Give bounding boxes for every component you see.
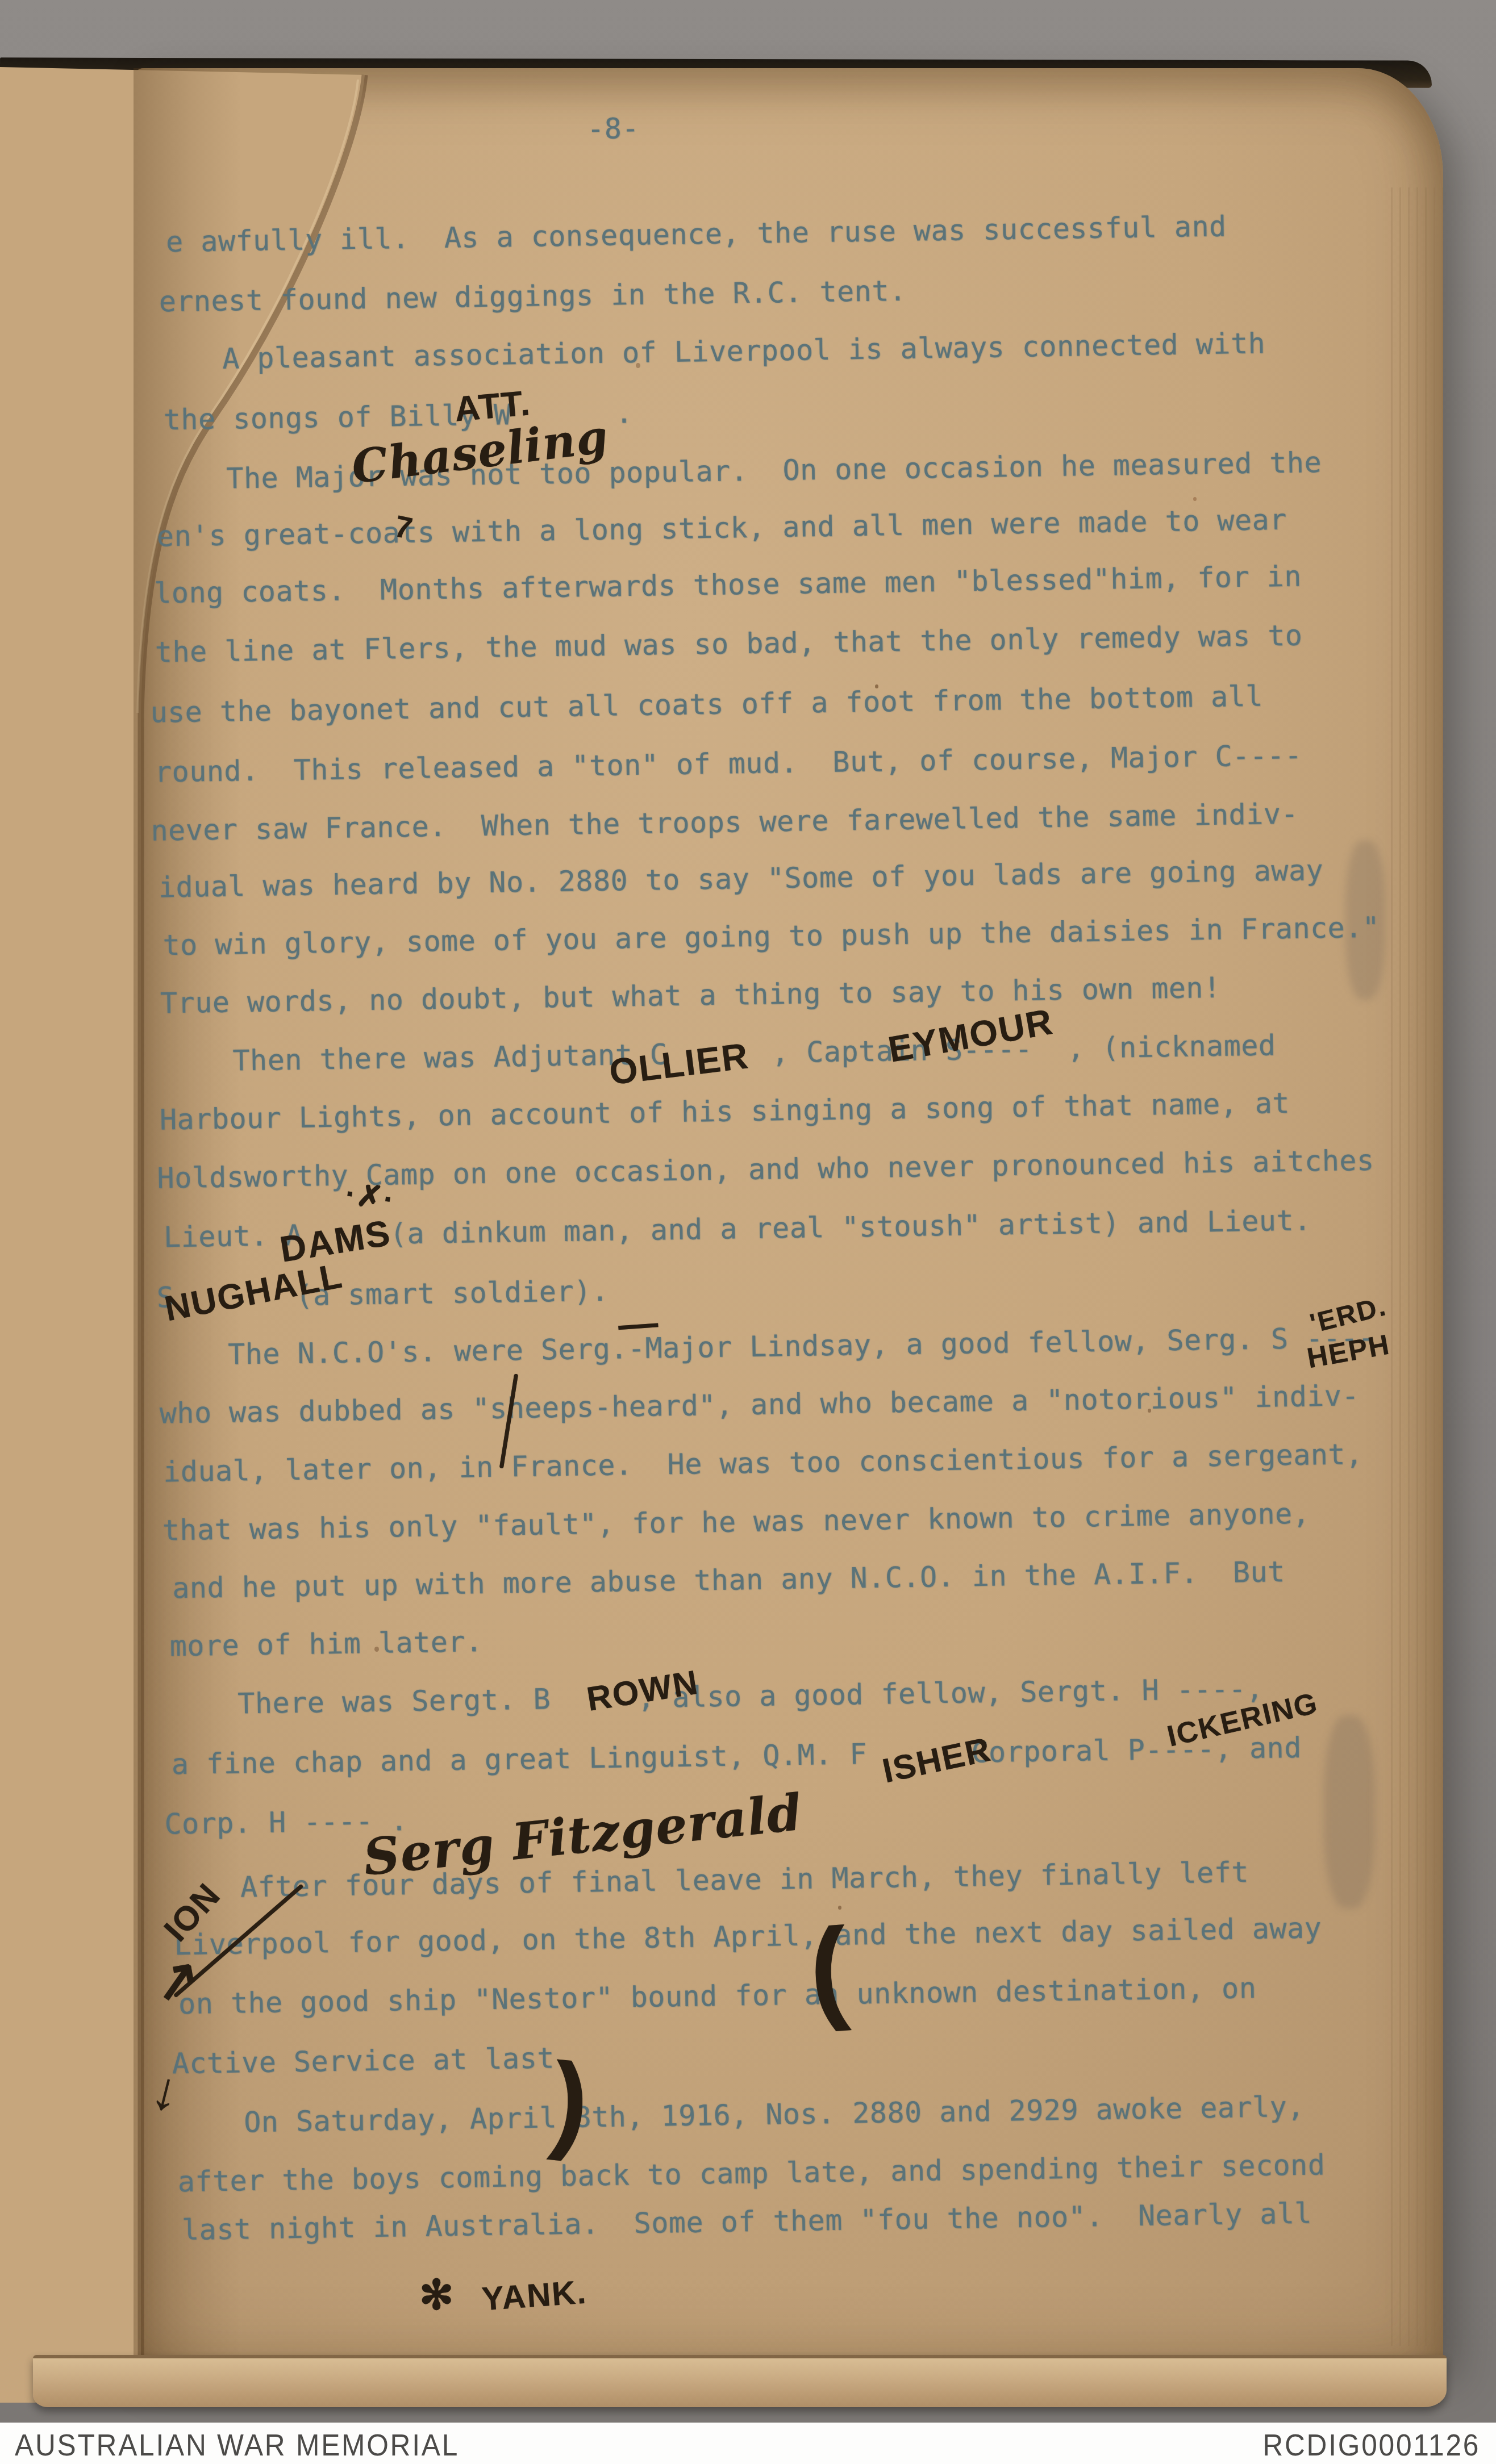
handwritten-yank: YANK. <box>481 2273 588 2319</box>
annotation-layer: ATT.Chaseling7OLLIEREYMOURDAMS·✗·NUGHALL… <box>0 0 1496 2464</box>
handwritten-yank-star: ✻ <box>419 2271 455 2319</box>
handwritten-paren-open: ( <box>805 1903 853 2036</box>
scanned-document-photo: -8- e awfully ill. As a consequence, the… <box>0 0 1496 2464</box>
handwritten-arrow-down: ↓ <box>145 2058 187 2125</box>
pen-stroke-through-heard <box>499 1373 518 1468</box>
handwritten-isher: ISHER <box>879 1730 994 1791</box>
handwritten-paren-close: ) <box>546 2039 596 2166</box>
handwritten-ickering: ICKERING <box>1164 1686 1322 1753</box>
handwritten-caret: 7 <box>391 508 416 546</box>
handwritten-fitzgerald: Serg Fitzgerald <box>361 1782 805 1887</box>
footer-institution: AUSTRALIAN WAR MEMORIAL <box>15 2430 459 2461</box>
handwritten-dash: — <box>616 1300 660 1348</box>
handwritten-ollier: OLLIER <box>607 1034 751 1093</box>
handwritten-nughall: NUGHALL <box>161 1255 346 1329</box>
handwritten-rown: ROWN <box>584 1663 701 1719</box>
handwritten-xmark: ·✗· <box>343 1175 397 1218</box>
footer-bar: AUSTRALIAN WAR MEMORIAL RCDIG0001126 <box>0 2423 1496 2464</box>
handwritten-ion: ION <box>156 1876 228 1949</box>
handwritten-eymour: EYMOUR <box>885 1000 1056 1071</box>
handwritten-arrow-up: ↗ <box>149 1946 206 2016</box>
footer-record-id: RCDIG0001126 <box>1262 2430 1480 2461</box>
